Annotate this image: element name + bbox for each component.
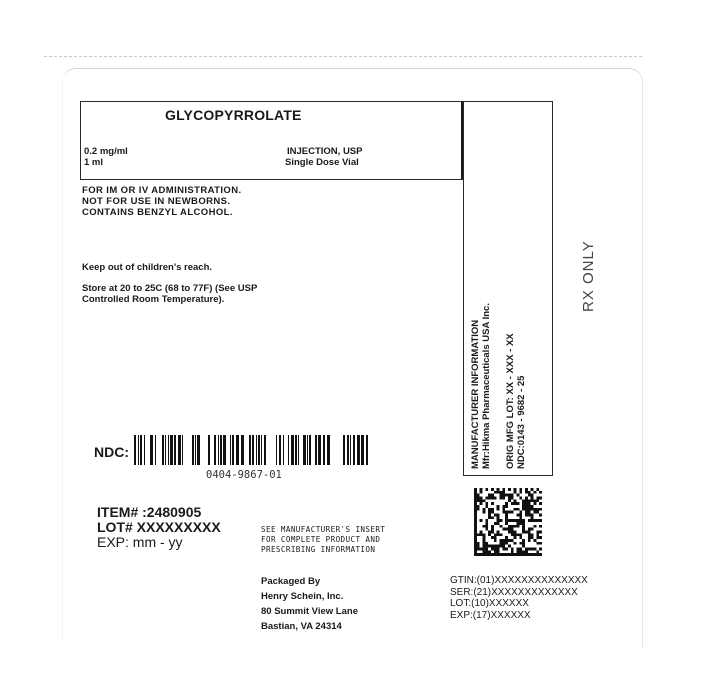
item-info: ITEM# :2480905 LOT# XXXXXXXXX EXP: mm - … — [97, 505, 221, 550]
insert-line: FOR COMPLETE PRODUCT AND — [261, 535, 385, 545]
packager-line: 80 Summit View Lane — [261, 604, 358, 619]
ndc-label: NDC: — [94, 444, 129, 460]
dosage-form: INJECTION, USP Single Dose Vial — [285, 146, 363, 168]
rx-only: RX ONLY — [580, 240, 597, 312]
orig-lot: ORIG MFG LOT: XX - XXX - XX — [505, 303, 516, 469]
sheet-edge — [44, 56, 642, 57]
expiration: EXP: mm - yy — [97, 535, 221, 550]
datamatrix-code — [472, 488, 544, 556]
drug-header-box: GLYCOPYRROLATE 0.2 mg/ml 1 ml INJECTION,… — [80, 101, 463, 180]
manufacturer-ndc: NDC:0143 - 9682 - 25 — [516, 303, 527, 469]
lot-number: LOT# XXXXXXXXX — [97, 520, 221, 535]
serial: SER:(21)XXXXXXXXXXXXX — [450, 587, 588, 599]
manufacturer-info: MANUFACTURER INFORMATION Mfr:Hikma Pharm… — [470, 303, 527, 469]
packager-line: Henry Schein, Inc. — [261, 589, 358, 604]
form-type: INJECTION, USP — [285, 146, 363, 157]
warning-line: FOR IM OR IV ADMINISTRATION. — [82, 185, 242, 196]
barcode-number: 0404-9867-01 — [206, 469, 282, 481]
dm-exp: EXP:(17)XXXXXX — [450, 610, 588, 622]
packager-info: Packaged By Henry Schein, Inc. 80 Summit… — [261, 574, 358, 634]
manufacturer-box: MANUFACTURER INFORMATION Mfr:Hikma Pharm… — [463, 101, 553, 476]
drug-name: GLYCOPYRROLATE — [165, 107, 302, 123]
reach-warning: Keep out of children's reach. — [82, 262, 212, 273]
barcode — [134, 435, 370, 465]
manufacturer-heading: MANUFACTURER INFORMATION — [470, 303, 481, 469]
container-type: Single Dose Vial — [285, 157, 363, 168]
datamatrix-info: GTIN:(01)XXXXXXXXXXXXXX SER:(21)XXXXXXXX… — [450, 575, 588, 621]
insert-note: SEE MANUFACTURER'S INSERT FOR COMPLETE P… — [261, 525, 385, 555]
gtin: GTIN:(01)XXXXXXXXXXXXXX — [450, 575, 588, 587]
manufacturer-name: Mfr:Hikma Pharmaceuticals USA Inc. — [481, 303, 492, 469]
volume: 1 ml — [84, 157, 128, 168]
label-outline-left — [62, 80, 63, 640]
concentration: 0.2 mg/ml — [84, 146, 128, 157]
item-number: ITEM# :2480905 — [97, 505, 221, 520]
insert-line: SEE MANUFACTURER'S INSERT — [261, 525, 385, 535]
insert-line: PRESCRIBING INFORMATION — [261, 545, 385, 555]
storage-instructions: Store at 20 to 25C (68 to 77F) (See USP … — [82, 283, 257, 305]
warning-line: CONTAINS BENZYL ALCOHOL. — [82, 207, 242, 218]
packager-line: Packaged By — [261, 574, 358, 589]
warning-line: NOT FOR USE IN NEWBORNS. — [82, 196, 242, 207]
packager-line: Bastian, VA 24314 — [261, 619, 358, 634]
storage-line: Store at 20 to 25C (68 to 77F) (See USP — [82, 283, 257, 294]
storage-line: Controlled Room Temperature). — [82, 294, 257, 305]
dm-lot: LOT:(10)XXXXXX — [450, 598, 588, 610]
strength: 0.2 mg/ml 1 ml — [84, 146, 128, 168]
warnings: FOR IM OR IV ADMINISTRATION. NOT FOR USE… — [82, 185, 242, 218]
